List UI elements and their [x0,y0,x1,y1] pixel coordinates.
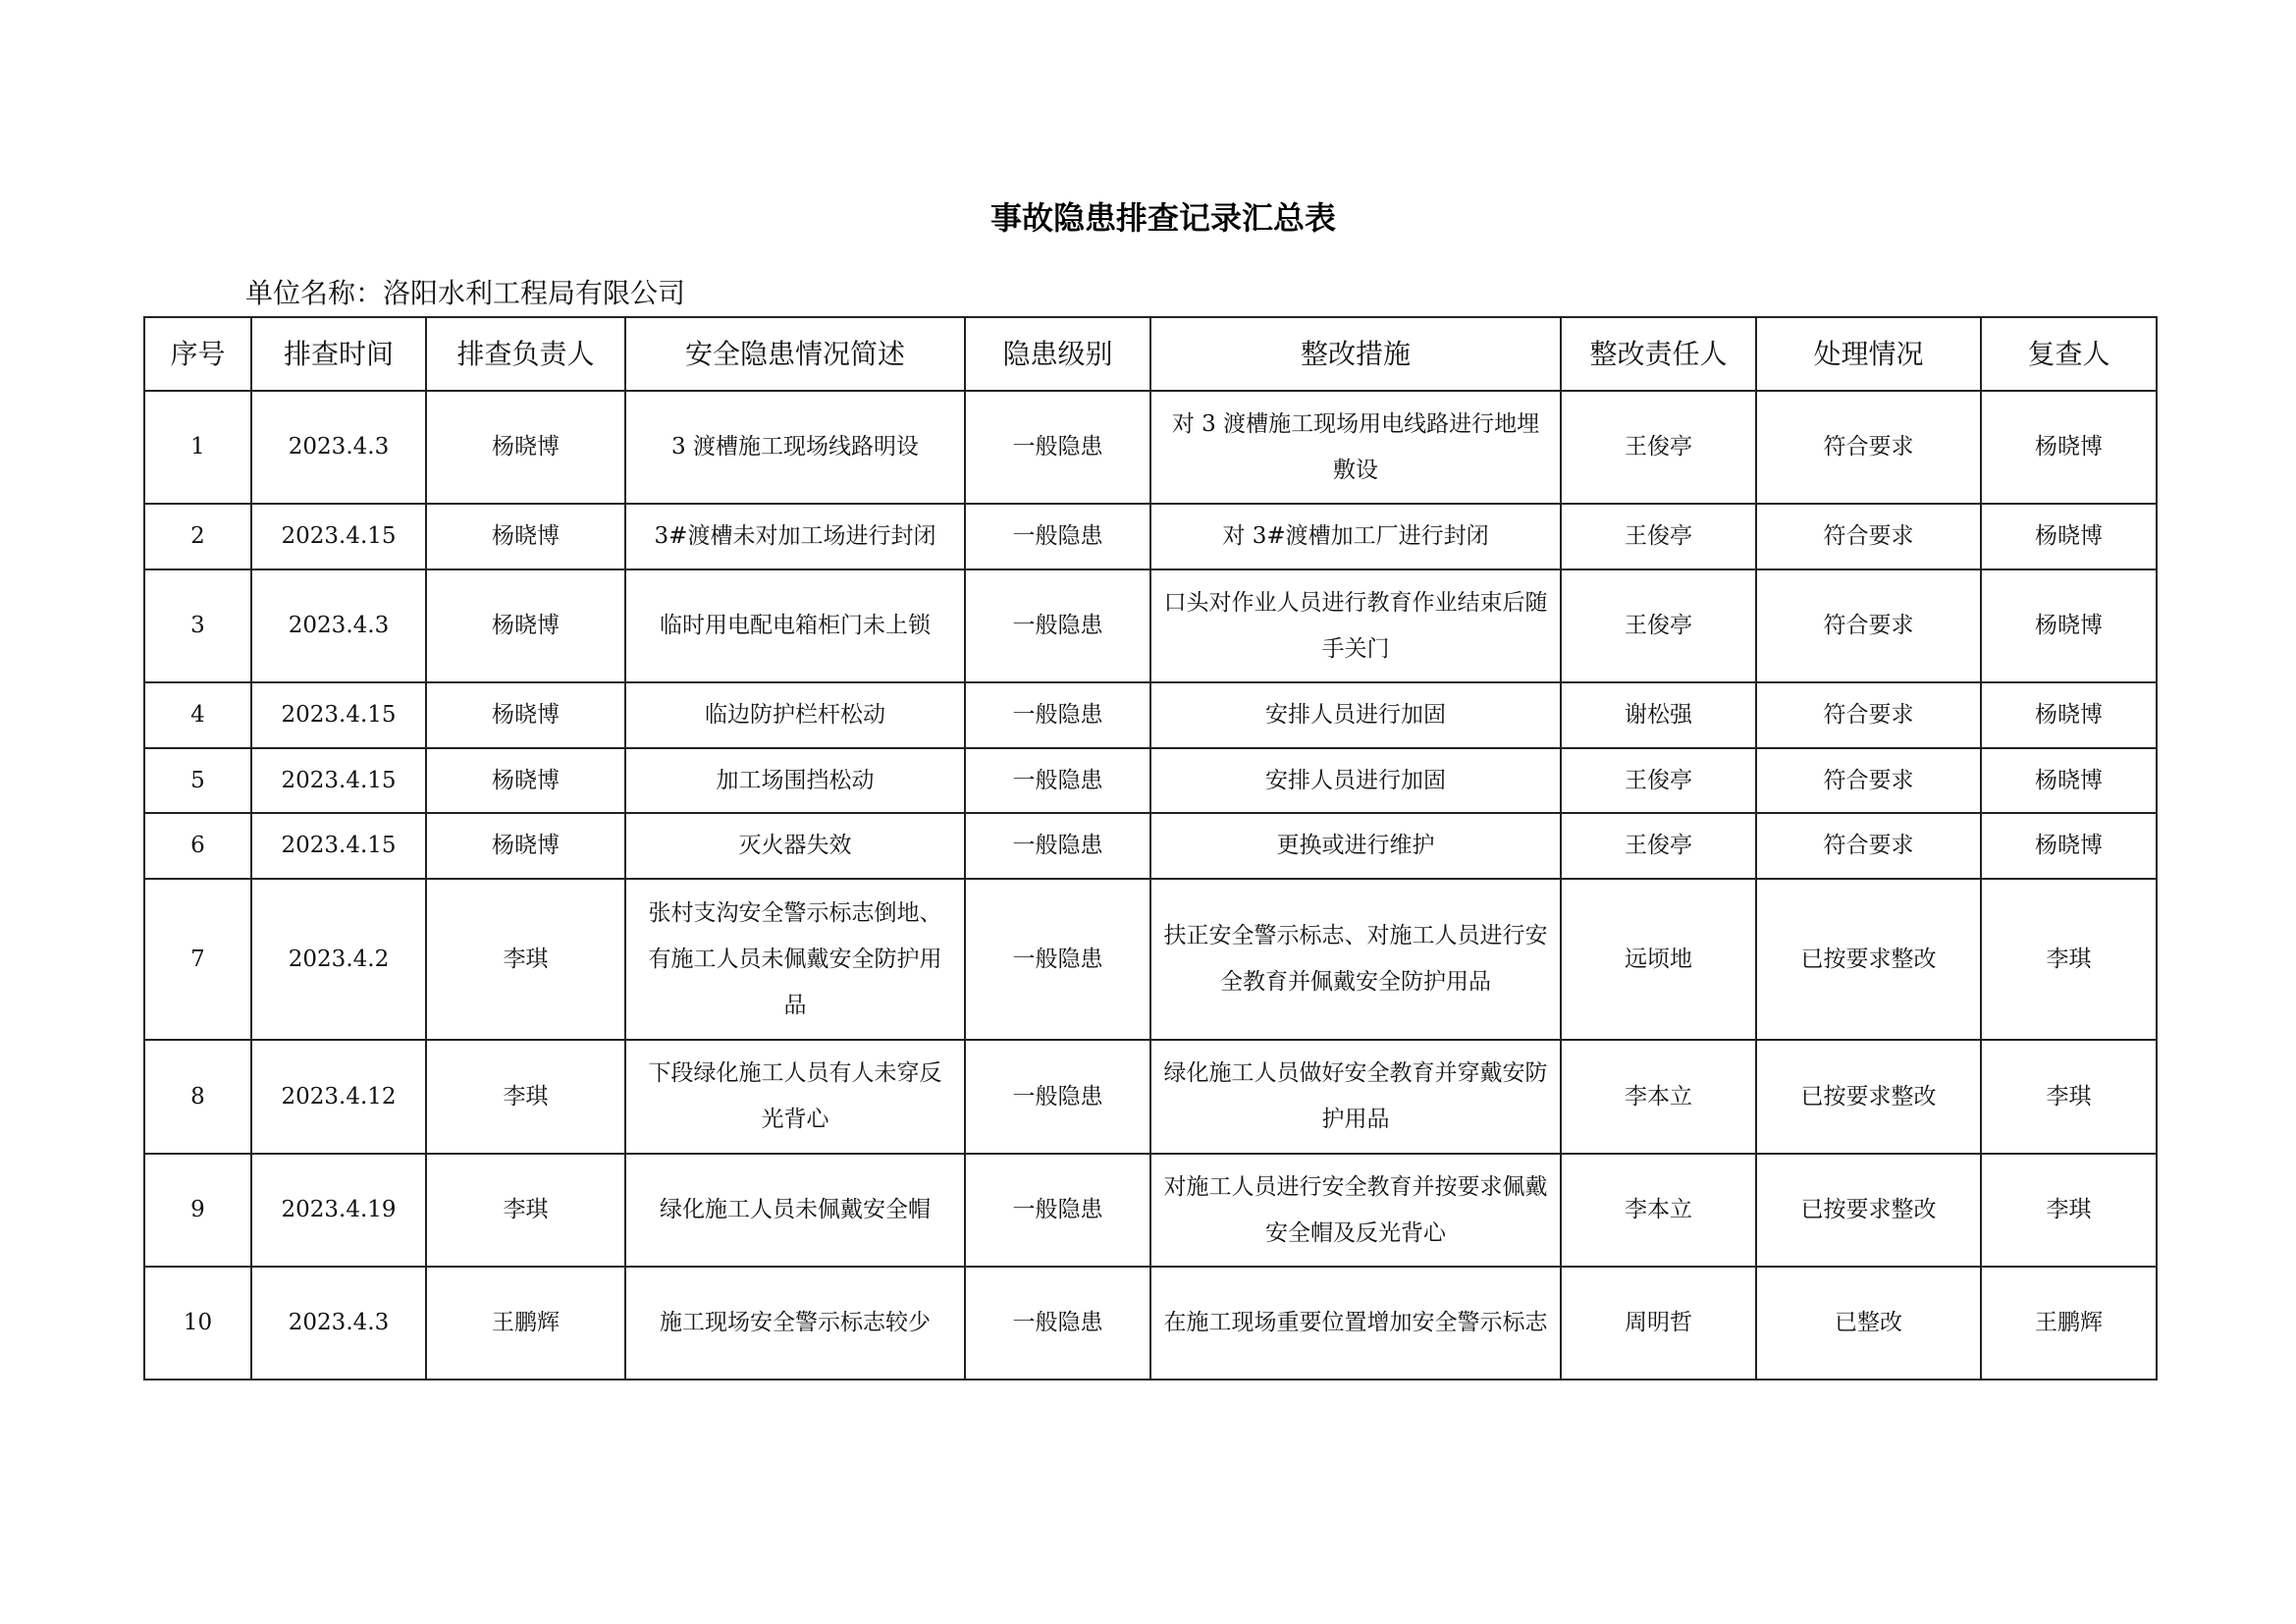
cell-status: 符合要求 [1756,748,1981,813]
cell-measure: 绿化施工人员做好安全教育并穿戴安防护用品 [1150,1040,1561,1154]
cell-measure: 口头对作业人员进行教育作业结束后随手关门 [1150,569,1561,682]
cell-measure: 更换或进行维护 [1150,813,1561,879]
cell-date: 2023.4.12 [251,1040,426,1154]
table-row: 9 2023.4.19 李琪 绿化施工人员未佩戴安全帽 一般隐患 对施工人员进行… [144,1154,2157,1267]
cell-responsible: 李本立 [1561,1040,1756,1154]
cell-inspector: 李琪 [426,879,625,1040]
cell-description: 下段绿化施工人员有人未穿反光背心 [625,1040,965,1154]
cell-responsible: 远顷地 [1561,879,1756,1040]
cell-reviewer: 杨晓博 [1981,748,2157,813]
cell-description: 灭火器失效 [625,813,965,879]
cell-description: 3#渡槽未对加工场进行封闭 [625,504,965,569]
cell-date: 2023.4.3 [251,569,426,682]
cell-measure: 对施工人员进行安全教育并按要求佩戴安全帽及反光背心 [1150,1154,1561,1267]
cell-inspector: 杨晓博 [426,504,625,569]
cell-level: 一般隐患 [965,879,1150,1040]
cell-description: 施工现场安全警示标志较少 [625,1267,965,1380]
cell-serial-no: 1 [144,391,251,504]
header-inspector: 排查负责人 [426,317,625,391]
cell-level: 一般隐患 [965,504,1150,569]
cell-reviewer: 李琪 [1981,1154,2157,1267]
cell-measure: 对 3 渡槽施工现场用电线路进行地埋敷设 [1150,391,1561,504]
cell-responsible: 王俊亭 [1561,569,1756,682]
cell-reviewer: 李琪 [1981,879,2157,1040]
header-inspection-date: 排查时间 [251,317,426,391]
cell-measure: 安排人员进行加固 [1150,682,1561,748]
cell-level: 一般隐患 [965,748,1150,813]
cell-measure: 在施工现场重要位置增加安全警示标志 [1150,1267,1561,1380]
cell-status: 符合要求 [1756,813,1981,879]
cell-reviewer: 王鹏辉 [1981,1267,2157,1380]
cell-inspector: 李琪 [426,1040,625,1154]
cell-serial-no: 7 [144,879,251,1040]
cell-measure: 扶正安全警示标志、对施工人员进行安全教育并佩戴安全防护用品 [1150,879,1561,1040]
cell-reviewer: 杨晓博 [1981,569,2157,682]
cell-serial-no: 4 [144,682,251,748]
table-row: 4 2023.4.15 杨晓博 临边防护栏杆松动 一般隐患 安排人员进行加固 谢… [144,682,2157,748]
cell-status: 符合要求 [1756,504,1981,569]
cell-inspector: 王鹏辉 [426,1267,625,1380]
cell-serial-no: 8 [144,1040,251,1154]
cell-inspector: 李琪 [426,1154,625,1267]
cell-responsible: 王俊亭 [1561,748,1756,813]
cell-serial-no: 2 [144,504,251,569]
cell-reviewer: 杨晓博 [1981,682,2157,748]
cell-status: 符合要求 [1756,682,1981,748]
cell-description: 3 渡槽施工现场线路明设 [625,391,965,504]
cell-serial-no: 6 [144,813,251,879]
cell-description: 加工场围挡松动 [625,748,965,813]
cell-reviewer: 李琪 [1981,1040,2157,1154]
cell-status: 已按要求整改 [1756,1154,1981,1267]
cell-reviewer: 杨晓博 [1981,813,2157,879]
cell-inspector: 杨晓博 [426,748,625,813]
cell-serial-no: 10 [144,1267,251,1380]
table-row: 5 2023.4.15 杨晓博 加工场围挡松动 一般隐患 安排人员进行加固 王俊… [144,748,2157,813]
header-serial-no: 序号 [144,317,251,391]
header-reviewer: 复查人 [1981,317,2157,391]
cell-date: 2023.4.19 [251,1154,426,1267]
table-row: 3 2023.4.3 杨晓博 临时用电配电箱柜门未上锁 一般隐患 口头对作业人员… [144,569,2157,682]
cell-serial-no: 5 [144,748,251,813]
cell-level: 一般隐患 [965,569,1150,682]
cell-level: 一般隐患 [965,682,1150,748]
cell-responsible: 王俊亭 [1561,391,1756,504]
cell-level: 一般隐患 [965,1154,1150,1267]
cell-date: 2023.4.15 [251,813,426,879]
cell-date: 2023.4.15 [251,748,426,813]
cell-reviewer: 杨晓博 [1981,391,2157,504]
header-hazard-description: 安全隐患情况简述 [625,317,965,391]
cell-responsible: 王俊亭 [1561,813,1756,879]
table-row: 7 2023.4.2 李琪 张村支沟安全警示标志倒地、有施工人员未佩戴安全防护用… [144,879,2157,1040]
table-row: 1 2023.4.3 杨晓博 3 渡槽施工现场线路明设 一般隐患 对 3 渡槽施… [144,391,2157,504]
cell-inspector: 杨晓博 [426,682,625,748]
cell-description: 张村支沟安全警示标志倒地、有施工人员未佩戴安全防护用品 [625,879,965,1040]
cell-measure: 安排人员进行加固 [1150,748,1561,813]
table-row: 10 2023.4.3 王鹏辉 施工现场安全警示标志较少 一般隐患 在施工现场重… [144,1267,2157,1380]
cell-inspector: 杨晓博 [426,391,625,504]
cell-responsible: 王俊亭 [1561,504,1756,569]
document-title: 事故隐患排查记录汇总表 [0,196,2296,240]
table-header-row: 序号 排查时间 排查负责人 安全隐患情况简述 隐患级别 整改措施 整改责任人 处… [144,317,2157,391]
cell-description: 绿化施工人员未佩戴安全帽 [625,1154,965,1267]
header-handling-status: 处理情况 [1756,317,1981,391]
cell-status: 已按要求整改 [1756,879,1981,1040]
cell-date: 2023.4.3 [251,1267,426,1380]
cell-responsible: 李本立 [1561,1154,1756,1267]
cell-description: 临时用电配电箱柜门未上锁 [625,569,965,682]
table-row: 8 2023.4.12 李琪 下段绿化施工人员有人未穿反光背心 一般隐患 绿化施… [144,1040,2157,1154]
cell-inspector: 杨晓博 [426,813,625,879]
cell-status: 已按要求整改 [1756,1040,1981,1154]
cell-date: 2023.4.15 [251,682,426,748]
cell-serial-no: 3 [144,569,251,682]
cell-serial-no: 9 [144,1154,251,1267]
cell-level: 一般隐患 [965,1040,1150,1154]
cell-description: 临边防护栏杆松动 [625,682,965,748]
unit-name: 洛阳水利工程局有限公司 [383,277,685,309]
cell-status: 符合要求 [1756,569,1981,682]
header-rectification-measure: 整改措施 [1150,317,1561,391]
cell-measure: 对 3#渡槽加工厂进行封闭 [1150,504,1561,569]
cell-date: 2023.4.3 [251,391,426,504]
header-hazard-level: 隐患级别 [965,317,1150,391]
header-responsible-person: 整改责任人 [1561,317,1756,391]
cell-status: 符合要求 [1756,391,1981,504]
cell-inspector: 杨晓博 [426,569,625,682]
cell-status: 已整改 [1756,1267,1981,1380]
cell-reviewer: 杨晓博 [1981,504,2157,569]
table-row: 6 2023.4.15 杨晓博 灭火器失效 一般隐患 更换或进行维护 王俊亭 符… [144,813,2157,879]
unit-name-line: 单位名称：洛阳水利工程局有限公司 [245,274,685,313]
cell-level: 一般隐患 [965,813,1150,879]
cell-responsible: 谢松强 [1561,682,1756,748]
cell-responsible: 周明哲 [1561,1267,1756,1380]
cell-date: 2023.4.2 [251,879,426,1040]
cell-level: 一般隐患 [965,1267,1150,1380]
cell-level: 一般隐患 [965,391,1150,504]
hazard-summary-table: 序号 排查时间 排查负责人 安全隐患情况简述 隐患级别 整改措施 整改责任人 处… [143,316,2158,1380]
unit-label: 单位名称： [245,277,383,309]
cell-date: 2023.4.15 [251,504,426,569]
table-row: 2 2023.4.15 杨晓博 3#渡槽未对加工场进行封闭 一般隐患 对 3#渡… [144,504,2157,569]
